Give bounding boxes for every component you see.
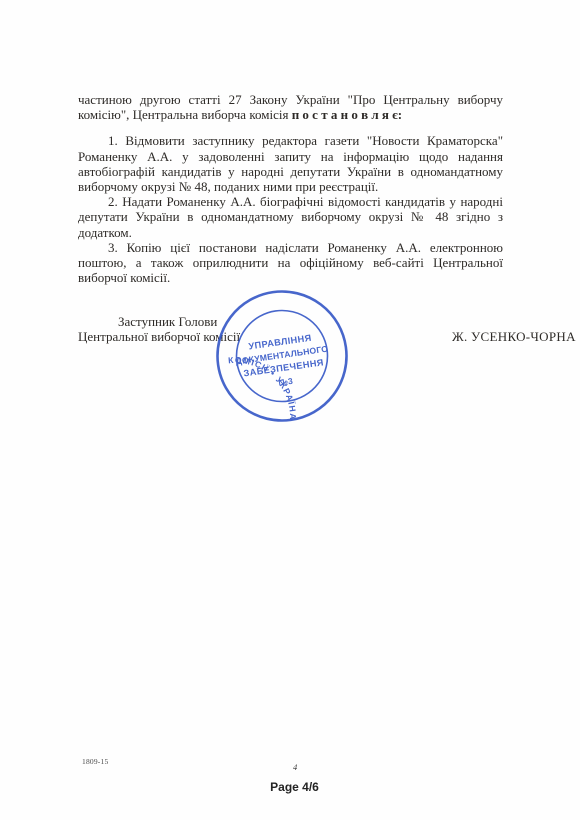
- official-stamp: КОМІСІЇ • УКРАЇНА • СЕКРЕТАРІАТ ЦЕНТРАЛЬ…: [214, 288, 350, 424]
- text-line: 3. Копію цієї постанови надіслати Романе…: [78, 240, 503, 255]
- text-line: комісію", Центральна виборча комісія п о…: [78, 107, 503, 122]
- text-line: виборчому окрузі № 48, поданих ними при …: [78, 179, 503, 194]
- paragraph-item-1: 1. Відмовити заступнику редактора газети…: [78, 133, 503, 194]
- paragraph-intro: частиною другою статті 27 Закону України…: [78, 92, 503, 122]
- text-line: виборчої комісії.: [78, 270, 503, 285]
- document-page: частиною другою статті 27 Закону України…: [0, 0, 580, 820]
- text-line: 2. Надати Романенку А.А. біографічні від…: [78, 194, 503, 209]
- signatory-name: Ж. УСЕНКО-ЧОРНА: [452, 329, 576, 344]
- document-body: частиною другою статті 27 Закону України…: [78, 92, 503, 285]
- text-line: додатком.: [78, 225, 503, 240]
- page-number: 4: [293, 762, 297, 772]
- text-line: Романенку А.А. у задоволенні запиту на і…: [78, 149, 503, 164]
- paragraph-item-3: 3. Копію цієї постанови надіслати Романе…: [78, 240, 503, 286]
- text-line: частиною другою статті 27 Закону України…: [78, 92, 503, 107]
- page-indicator: Page 4/6: [244, 780, 345, 794]
- text-line: депутати України в одномандатному виборч…: [78, 209, 503, 224]
- paragraph-item-2: 2. Надати Романенку А.А. біографічні від…: [78, 194, 503, 240]
- document-code: 1809-15: [82, 757, 108, 766]
- stamp-number: №3: [278, 376, 294, 388]
- resolution-keyword: п о с т а н о в л я є:: [292, 107, 402, 122]
- text-line: автобіографій кандидатів у народні депут…: [78, 164, 503, 179]
- text-line: 1. Відмовити заступнику редактора газети…: [78, 133, 503, 148]
- text-line: поштою, а також оприлюднити на офіційном…: [78, 255, 503, 270]
- intro-line2-text: комісію", Центральна виборча комісія: [78, 107, 292, 122]
